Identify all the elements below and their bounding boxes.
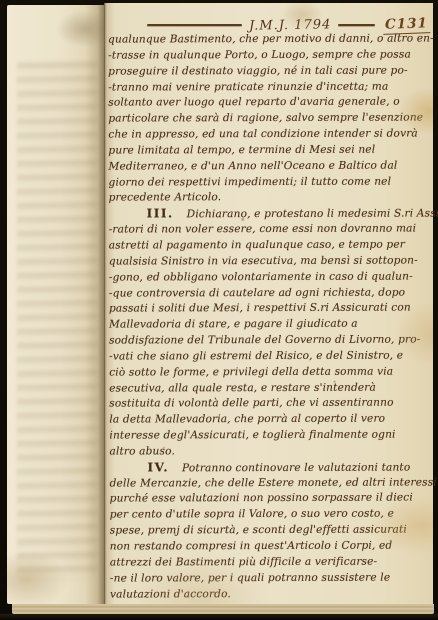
manuscript-line: ciò sotto le forme, e privilegi della de… [109, 364, 431, 381]
book-page-edges [12, 604, 434, 614]
manuscript-line: astretti al pagamento in qualunque caso,… [109, 237, 431, 254]
gutter-crease [104, 3, 107, 604]
manuscript-line: -ratori di non voler essere, come essi n… [109, 222, 431, 239]
manuscript-line: IV.Potranno continovare le valutazioni t… [109, 459, 431, 476]
manuscript-line: -trasse in qualunque Porto, o Luogo, sem… [108, 47, 430, 64]
manuscript-line: non restando compresi in quest'Articolo … [110, 538, 432, 555]
manuscript-line: attrezzi dei Bastimenti più difficile a … [110, 554, 432, 571]
manuscript-line: la detta Mallevadoria, che porrà al cope… [109, 412, 431, 429]
invocation-date: J.M.J. 1794 [249, 17, 332, 33]
article-number: IV. [147, 460, 169, 474]
manuscript-line: Mediterraneo, e d'un Anno nell'Oceano e … [108, 158, 430, 175]
manuscript-line: soddisfazione del Tribunale del Governo … [109, 332, 431, 349]
manuscript-line: delle Mercanzie, che delle Estere monete… [110, 475, 432, 492]
manuscript-line: Mallevadoria di stare, e pagare il giudi… [109, 317, 431, 334]
manuscript-line: qualunque Bastimento, che per motivo di … [108, 31, 430, 48]
manuscript-line: purché esse valutazioni non possino sorp… [110, 491, 432, 508]
manuscript-line: pure limitata al tempo, e termine di Mes… [108, 142, 430, 159]
article-number: III. [147, 207, 174, 221]
manuscript-line: esecutiva, alla quale resta, e restare s… [109, 380, 431, 397]
manuscript-line: sostituita di volontà delle parti, che v… [109, 396, 431, 413]
manuscript-line: -vati che siano gli estremi del Risico, … [109, 348, 431, 365]
manuscript-photo: J.M.J. 1794 C131 qualunque Bastimento, c… [0, 0, 438, 620]
manuscript-line: spese, premj di sicurtà, e sconti degl'e… [110, 523, 432, 540]
recto-page: J.M.J. 1794 C131 qualunque Bastimento, c… [104, 3, 433, 604]
manuscript-line: giorno dei respettivi impedimenti; il tu… [109, 174, 431, 191]
manuscript-line: -gono, ed obbligano volontariamente in c… [109, 269, 431, 286]
manuscript-line: III.Dichiarano, e protestano li medesimi… [109, 206, 431, 223]
manuscript-line: -ne il loro valore, per i quali potranno… [110, 570, 432, 587]
manuscript-line: passati i soliti due Mesi, i respettivi … [109, 301, 431, 318]
verso-page [7, 5, 104, 604]
header-rule-left [147, 24, 242, 26]
manuscript-line: -que controversia di cautelare ad ogni r… [109, 285, 431, 302]
manuscript-line: proseguire il destinato viaggio, né in t… [108, 63, 430, 80]
bottom-shadow [0, 614, 438, 620]
manuscript-line: altro abuso. [109, 443, 431, 460]
manuscript-line: -tranno mai venire praticate rinunzie d'… [108, 79, 430, 96]
manuscript-text-block: qualunque Bastimento, che per motivo di … [108, 31, 432, 602]
manuscript-line: particolare che sarà di ragione, salvo s… [108, 111, 430, 128]
header-rule-right [338, 24, 375, 26]
manuscript-line: che in appresso, ed una tal condizione i… [108, 127, 430, 144]
paper-stains-left [7, 5, 104, 604]
manuscript-line: qualsisia Sinistro in via esecutiva, ma … [109, 253, 431, 270]
manuscript-line: per cento d'utile sopra il Valore, o suo… [110, 507, 432, 524]
manuscript-line: precedente Articolo. [109, 190, 431, 207]
manuscript-line: valutazioni d'accordo. [110, 586, 432, 603]
manuscript-line: interesse degl'Assicurati, e toglierà fi… [109, 428, 431, 445]
manuscript-line: soltanto aver luogo quel reparto d'avari… [108, 95, 430, 112]
